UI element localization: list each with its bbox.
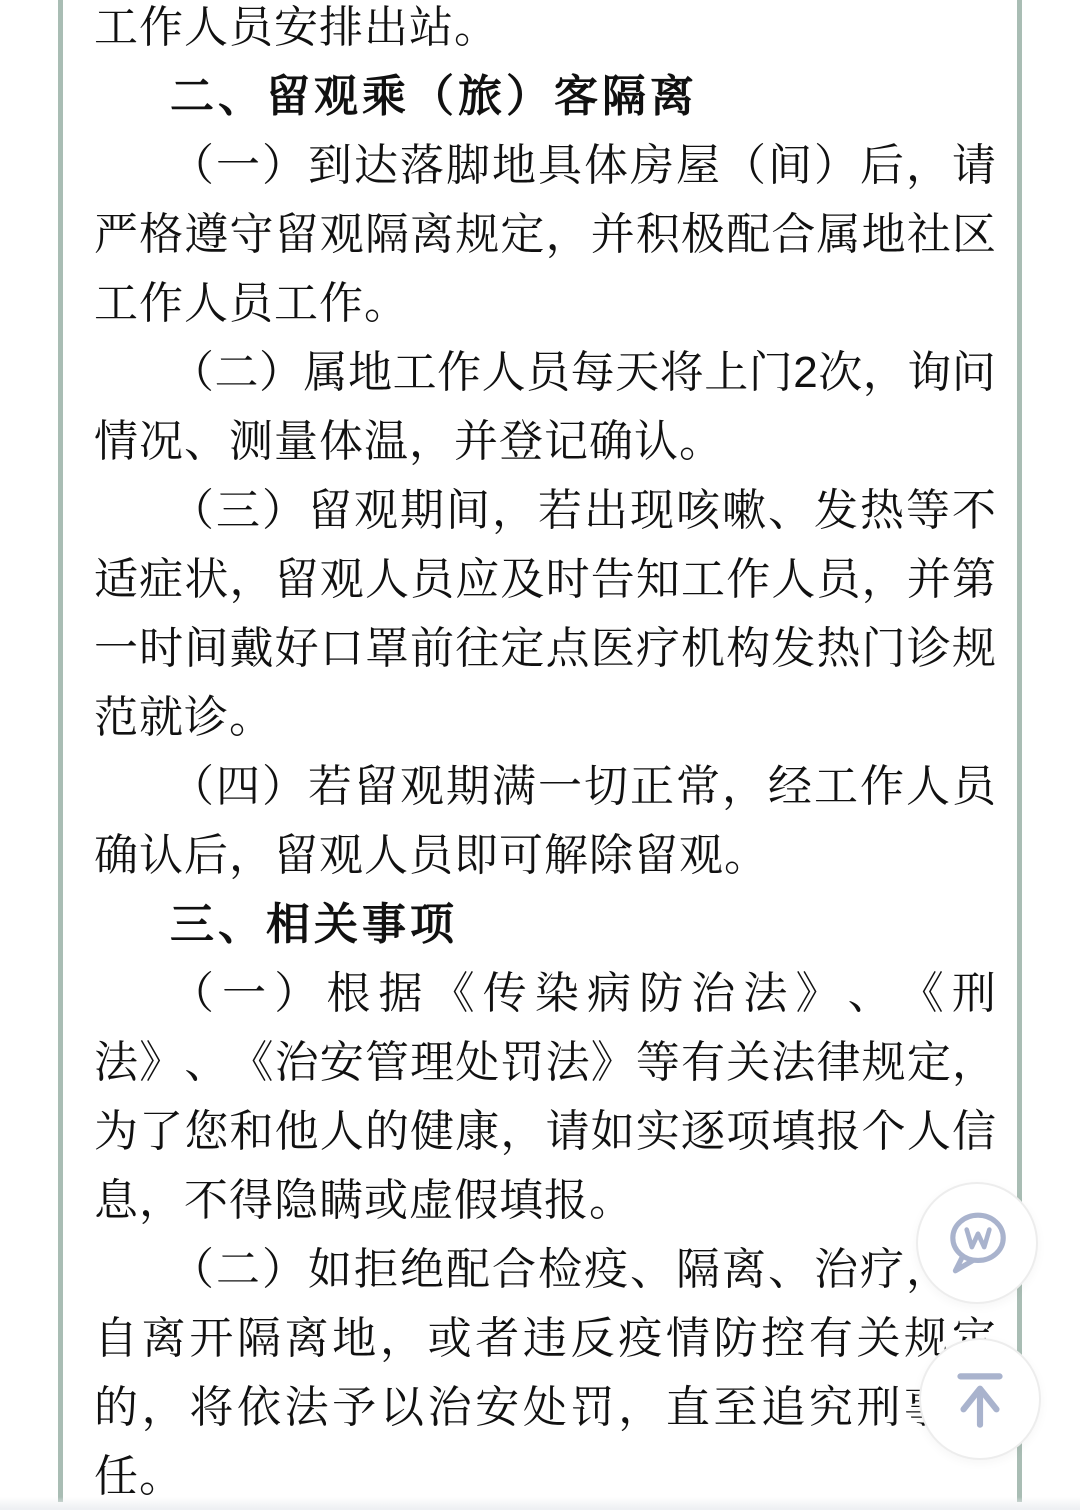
- text-line: 工作人员工作。: [94, 269, 996, 338]
- left-border-line: [58, 0, 63, 1502]
- text-line: 法》、《治安管理处罚法》等有关法律规定，: [94, 1028, 996, 1097]
- text-line: 自离开隔离地，或者违反疫情防控有关规定: [94, 1304, 996, 1373]
- up-arrow-icon: [944, 1363, 1016, 1435]
- text-line: （四）若留观期满一切正常，经工作人员: [94, 752, 996, 821]
- text-line: 确认后，留观人员即可解除留观。: [94, 821, 996, 890]
- section-heading: 三、相关事项: [94, 890, 996, 959]
- text-line: （一）根据《传染病防治法》、《刑: [94, 959, 996, 1028]
- w-chat-bubble-icon: [941, 1207, 1013, 1279]
- article-page: 工作人员安排出站。二、留观乘（旅）客隔离（一）到达落脚地具体房屋（间）后，请严格…: [0, 0, 1080, 1510]
- text-line: （三）留观期间，若出现咳嗽、发热等不: [94, 476, 996, 545]
- text-line: 为了您和他人的健康，请如实逐项填报个人信: [94, 1097, 996, 1166]
- chat-bubble-button[interactable]: [916, 1182, 1038, 1304]
- text-line: 的，将依法予以治安处罚，直至追究刑事责: [94, 1373, 996, 1442]
- text-line: 工作人员安排出站。: [94, 0, 996, 62]
- text-line: 严格遵守留观隔离规定，并积极配合属地社区: [94, 200, 996, 269]
- text-line: （二）属地工作人员每天将上门2次，询问: [94, 338, 996, 407]
- text-line: 息，不得隐瞒或虚假填报。: [94, 1166, 996, 1235]
- text-line: 范就诊。: [94, 683, 996, 752]
- text-line: 一时间戴好口罩前往定点医疗机构发热门诊规: [94, 614, 996, 683]
- section-heading: 二、留观乘（旅）客隔离: [94, 62, 996, 131]
- article-body: 工作人员安排出站。二、留观乘（旅）客隔离（一）到达落脚地具体房屋（间）后，请严格…: [94, 0, 996, 1510]
- text-line: （一）到达落脚地具体房屋（间）后，请: [94, 131, 996, 200]
- text-line: （二）如拒绝配合检疫、隔离、治疗，擅: [94, 1235, 996, 1304]
- bottom-edge-shadow: [0, 1497, 1080, 1510]
- text-line: 情况、测量体温，并登记确认。: [94, 407, 996, 476]
- text-line: 适症状，留观人员应及时告知工作人员，并第: [94, 545, 996, 614]
- back-to-top-button[interactable]: [919, 1338, 1041, 1460]
